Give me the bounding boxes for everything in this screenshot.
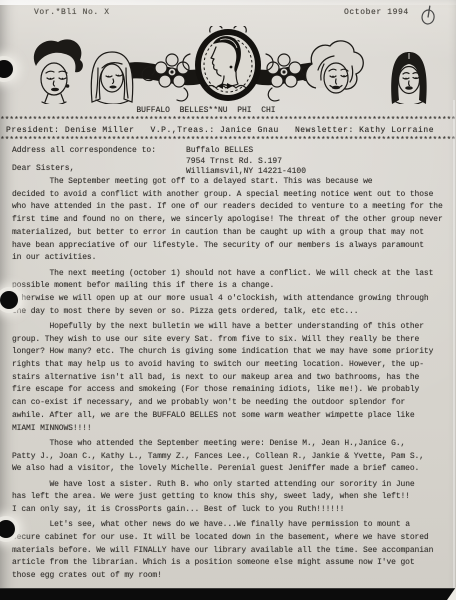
address-org: Buffalo BELLES: [186, 146, 253, 155]
issue-date: October 1994: [344, 8, 409, 17]
newsletter-title: BUFFALO BELLES**NU PHI CHI: [0, 106, 434, 115]
masthead-illustration: [0, 26, 456, 104]
page-corner: [447, 587, 456, 600]
woman-face-dark-hair: [391, 52, 427, 104]
woman-face-updo: [34, 39, 83, 104]
separator-stars-bottom: ****************************************…: [0, 136, 456, 145]
body-paragraph-3: Hopefully by the next bulletin we will h…: [12, 321, 454, 435]
scanned-newsletter-page: Vor.*Bli No. X October 1994: [0, 0, 456, 600]
body-paragraph-1: The September meeting got off to a delay…: [12, 176, 454, 265]
body-paragraph-4: Those who attended the September meeting…: [12, 438, 454, 476]
body-paragraph-2: The next meeting (october 1) should not …: [12, 268, 454, 319]
separator-stars-top: ****************************************…: [0, 116, 456, 125]
woman-face-wavy-hair: [306, 41, 364, 93]
letter-body: The September meeting got off to a delay…: [12, 176, 454, 585]
scan-top-edge: [0, 0, 456, 5]
cameo-portrait: [183, 26, 273, 101]
salutation: Dear Sisters,: [12, 164, 74, 173]
paper-right-edge: [453, 100, 455, 588]
circled-one-icon: [418, 3, 439, 28]
officers-line: President: Denise Miller V.P.,Treas.: Ja…: [6, 126, 434, 135]
address-label: Address all correspondence to:: [12, 146, 156, 155]
body-paragraph-5: We have lost a sister. Ruth B. who only …: [12, 479, 454, 517]
issue-number: Vor.*Bli No. X: [34, 8, 110, 17]
scan-bottom-edge: [0, 588, 456, 600]
address-city: Williamsvil,NY 14221-4100: [186, 167, 306, 176]
body-paragraph-6: Let's see, what other news do we have...…: [12, 519, 454, 583]
address-street: 7954 Trnst Rd. S.197: [186, 157, 282, 166]
hole-punch: [0, 291, 18, 309]
woman-face-long-hair: [91, 52, 132, 104]
